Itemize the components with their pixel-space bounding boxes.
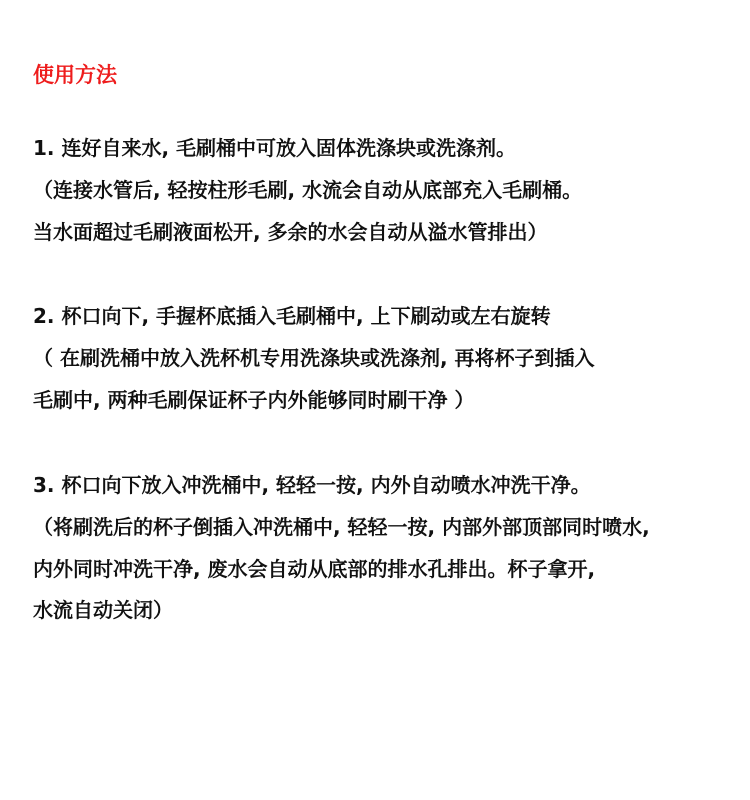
step-1-detail-line: 当水面超过毛刷液面松开, 多余的水会自动从溢水管排出）: [33, 217, 548, 247]
step-3-heading: 3. 杯口向下放入冲洗桶中, 轻轻一按, 内外自动喷水冲洗干净。: [33, 470, 591, 500]
step-2-detail-line: 毛刷中, 两种毛刷保证杯子内外能够同时刷干净 ）: [33, 385, 475, 415]
step-2-detail-line: （ 在刷洗桶中放入洗杯机专用洗涤块或洗涤剂, 再将杯子到插入: [33, 343, 595, 373]
step-3-detail-line: 水流自动关闭）: [33, 595, 173, 625]
step-1-heading: 1. 连好自来水, 毛刷桶中可放入固体洗涤块或洗涤剂。: [33, 133, 516, 163]
step-3-detail-line: （将刷洗后的杯子倒插入冲洗桶中, 轻轻一按, 内部外部顶部同时喷水,: [33, 512, 650, 542]
step-3-detail-line: 内外同时冲洗干净, 废水会自动从底部的排水孔排出。杯子拿开,: [33, 554, 595, 584]
step-2-heading: 2. 杯口向下, 手握杯底插入毛刷桶中, 上下刷动或左右旋转: [33, 301, 551, 331]
page-title: 使用方法: [33, 60, 117, 90]
step-1-detail-line: （连接水管后, 轻按柱形毛刷, 水流会自动从底部充入毛刷桶。: [33, 175, 582, 205]
